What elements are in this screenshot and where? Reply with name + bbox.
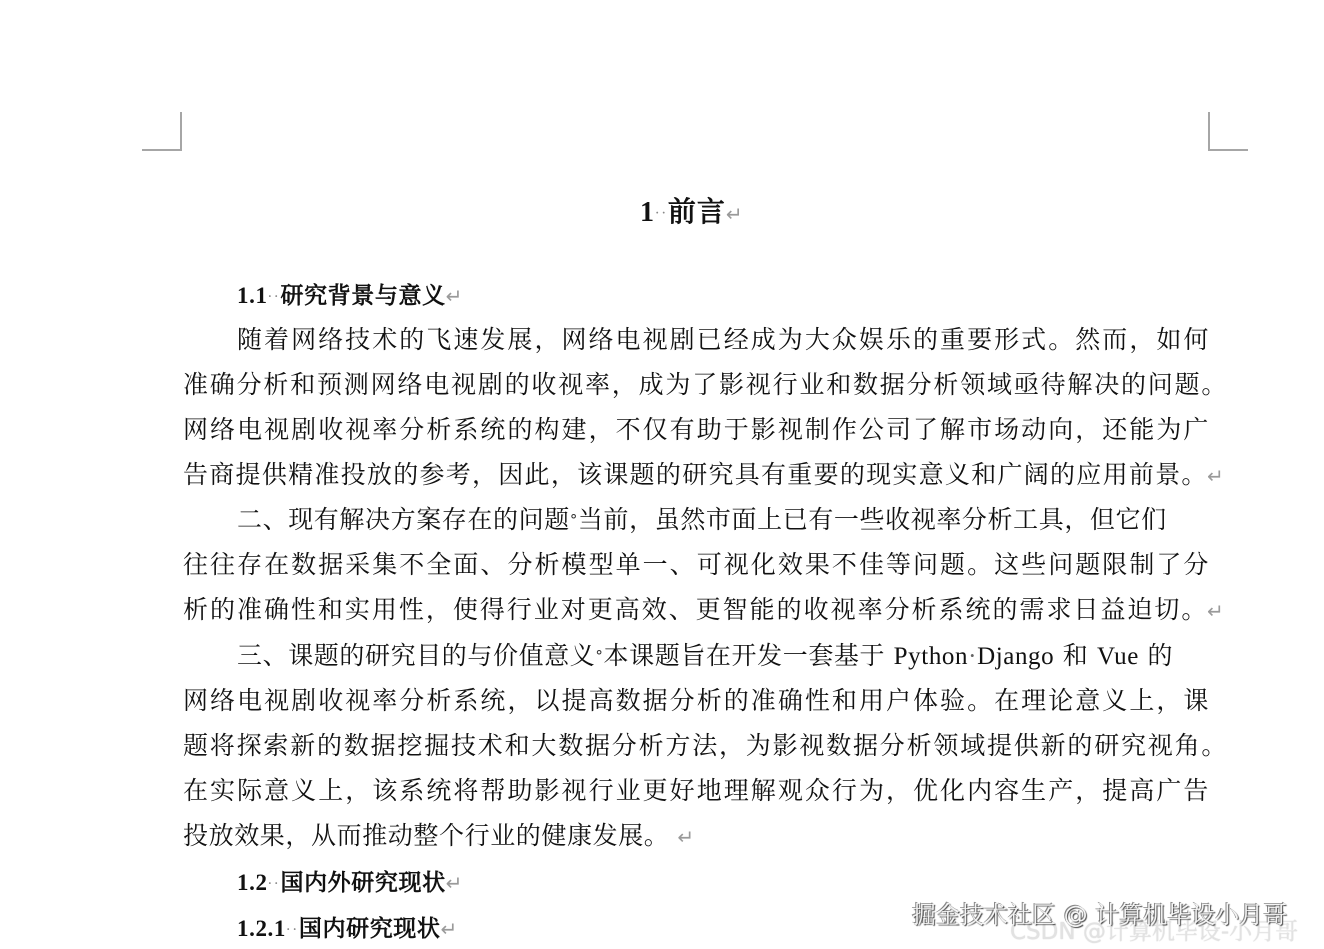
- degree-marker: °: [570, 511, 578, 529]
- tab-marker: ··: [268, 289, 281, 305]
- section-title: 国内外研究现状: [280, 869, 445, 896]
- paragraph-line: 在实际意义上，该系统将帮助影视行业更好地理解观众行为，优化内容生产，提高广告: [183, 776, 1209, 806]
- section-title: 国内研究现状: [299, 915, 441, 942]
- chapter-number: 1: [640, 197, 655, 228]
- paragraph-lead: 二、现有解决方案存在的问题: [237, 505, 570, 534]
- paragraph-line: 网络电视剧收视率分析系统，以提高数据分析的准确性和用户体验。在理论意义上，课: [183, 686, 1209, 716]
- page-corner-mark-top-left: [142, 112, 182, 151]
- section-number: 1.2: [237, 870, 268, 895]
- tab-marker: ··: [286, 922, 299, 938]
- page-corner-mark-top-right: [1208, 112, 1248, 151]
- paragraph-line: 往往存在数据采集不全面、分析模型单一、可视化效果不佳等问题。这些问题限制了分: [183, 550, 1209, 580]
- paragraph-line-last: 析的准确性和实用性，使得行业对更高效、更智能的收视率分析系统的需求日益迫切。↵: [183, 595, 1227, 626]
- paragraph-line: 二、现有解决方案存在的问题°当前，虽然市面上已有一些收视率分析工具，但它们: [237, 505, 1209, 535]
- paragraph-lead: 三、课题的研究目的与价值意义: [237, 641, 595, 670]
- paragraph-line: 网络电视剧收视率分析系统的构建，不仅有助于影视制作公司了解市场动向，还能为广: [183, 415, 1209, 445]
- section-number: 1.1: [237, 283, 268, 308]
- paragraph-mark-icon: ↵: [677, 825, 694, 849]
- section-heading-1-2: 1.2··国内外研究现状↵: [237, 868, 463, 899]
- section-heading-1-2-1: 1.2.1··国内研究现状↵: [237, 914, 458, 945]
- paragraph-line-last: 告商提供精准投放的参考，因此，该课题的研究具有重要的现实意义和广阔的应用前景。↵: [183, 460, 1227, 491]
- paragraph-line: 题将探索新的数据挖掘技术和大数据分析方法，为影视数据分析领域提供新的研究视角。: [183, 731, 1227, 761]
- section-number: 1.2.1: [237, 916, 286, 941]
- chapter-title: 1··前言↵: [640, 197, 744, 229]
- chapter-title-text: 前言: [668, 195, 726, 228]
- paragraph-mark-icon: ↵: [441, 917, 458, 941]
- paragraph-line: 准确分析和预测网络电视剧的收视率，成为了影视行业和数据分析领域亟待解决的问题。: [183, 370, 1227, 400]
- degree-marker: °: [595, 647, 603, 665]
- watermark-juejin: 掘金技术社区 @ 计算机毕设小月哥: [912, 895, 1287, 930]
- section-title: 研究背景与意义: [280, 282, 445, 309]
- paragraph-mark-icon: ↵: [446, 284, 463, 308]
- section-heading-1-1: 1.1··研究背景与意义↵: [237, 281, 463, 312]
- paragraph-mark-icon: ↵: [726, 202, 744, 226]
- tab-marker: ··: [655, 206, 668, 222]
- paragraph-mark-icon: ↵: [446, 871, 463, 895]
- paragraph-mark-icon: ↵: [1207, 599, 1224, 623]
- paragraph-line-last: 投放效果，从而推动整个行业的健康发展。↵: [183, 821, 695, 852]
- tab-marker: ··: [268, 876, 281, 892]
- paragraph-mark-icon: ↵: [1207, 464, 1224, 488]
- paragraph-line: 三、课题的研究目的与价值意义°本课题旨在开发一套基于 Python·Django…: [237, 641, 1209, 672]
- paragraph-line: 随着网络技术的飞速发展，网络电视剧已经成为大众娱乐的重要形式。然而，如何: [237, 325, 1209, 355]
